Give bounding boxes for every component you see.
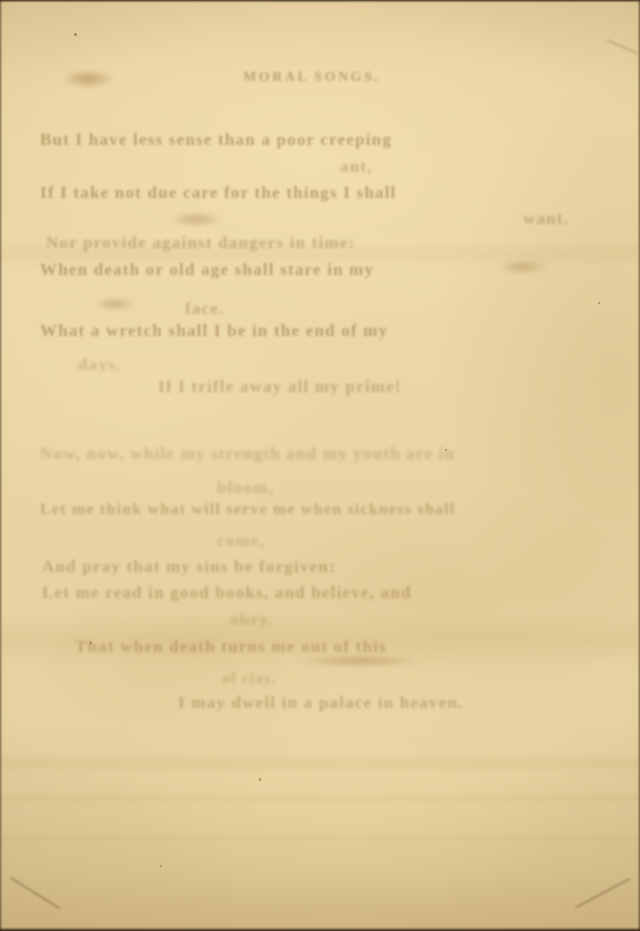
dust-speck	[74, 33, 77, 36]
paper-stain-band	[0, 790, 640, 806]
ink-ghost-smudge	[95, 297, 135, 311]
running-head-title: MORAL SONGS.	[243, 70, 380, 86]
scan-edge-top	[0, 0, 640, 3]
ink-ghost-smudge	[300, 655, 420, 667]
verse-line: face.	[185, 299, 225, 319]
verse-line: want.	[523, 209, 569, 229]
ink-ghost-smudge	[500, 260, 546, 274]
ink-ghost-smudge	[170, 212, 222, 227]
verse-line: bloom,	[217, 478, 274, 498]
dust-speck	[598, 302, 600, 304]
verse-line: of clay,	[222, 671, 277, 688]
dust-speck	[160, 865, 162, 867]
verse-line: days,	[78, 355, 121, 375]
verse-line: If I take not due care for the things I …	[40, 183, 397, 203]
verse-line: I may dwell in a palace in heaven.	[178, 693, 463, 713]
verse-line: If I trifle away all my prime!	[158, 377, 402, 397]
scan-edge-bottom	[0, 927, 640, 931]
corner-crease	[575, 878, 630, 908]
scan-edge-left	[0, 0, 3, 931]
book-page-scan: MORAL SONGS. But I have less sense than …	[0, 0, 640, 931]
corner-crease	[10, 877, 60, 909]
verse-line: ant,	[340, 157, 373, 177]
verse-line: What a wretch shall I be in the end of m…	[40, 321, 388, 341]
paper-stain-band	[0, 752, 640, 774]
verse-line: But I have less sense than a poor creepi…	[40, 130, 392, 150]
paper-stain-band	[0, 832, 640, 844]
verse-line: Now, now, while my strength and my youth…	[40, 444, 455, 464]
verse-line: Let me read in good books, and believe, …	[42, 583, 412, 603]
verse-line: obey,	[230, 610, 273, 630]
corner-crease	[607, 39, 639, 54]
page-number-smudge	[62, 70, 114, 88]
verse-line: When death or old age shall stare in my	[40, 260, 374, 280]
verse-line: Let me think what will serve me when sic…	[40, 501, 455, 519]
dust-speck	[90, 642, 92, 644]
verse-line: come,	[217, 531, 265, 551]
dust-speck	[445, 449, 447, 451]
verse-line: Nor provide against dangers in time:	[46, 233, 355, 253]
dust-speck	[259, 778, 261, 781]
verse-line: And pray that my sins be forgiven:	[42, 557, 336, 577]
verse-line: That when death turns me out of this	[75, 637, 387, 657]
